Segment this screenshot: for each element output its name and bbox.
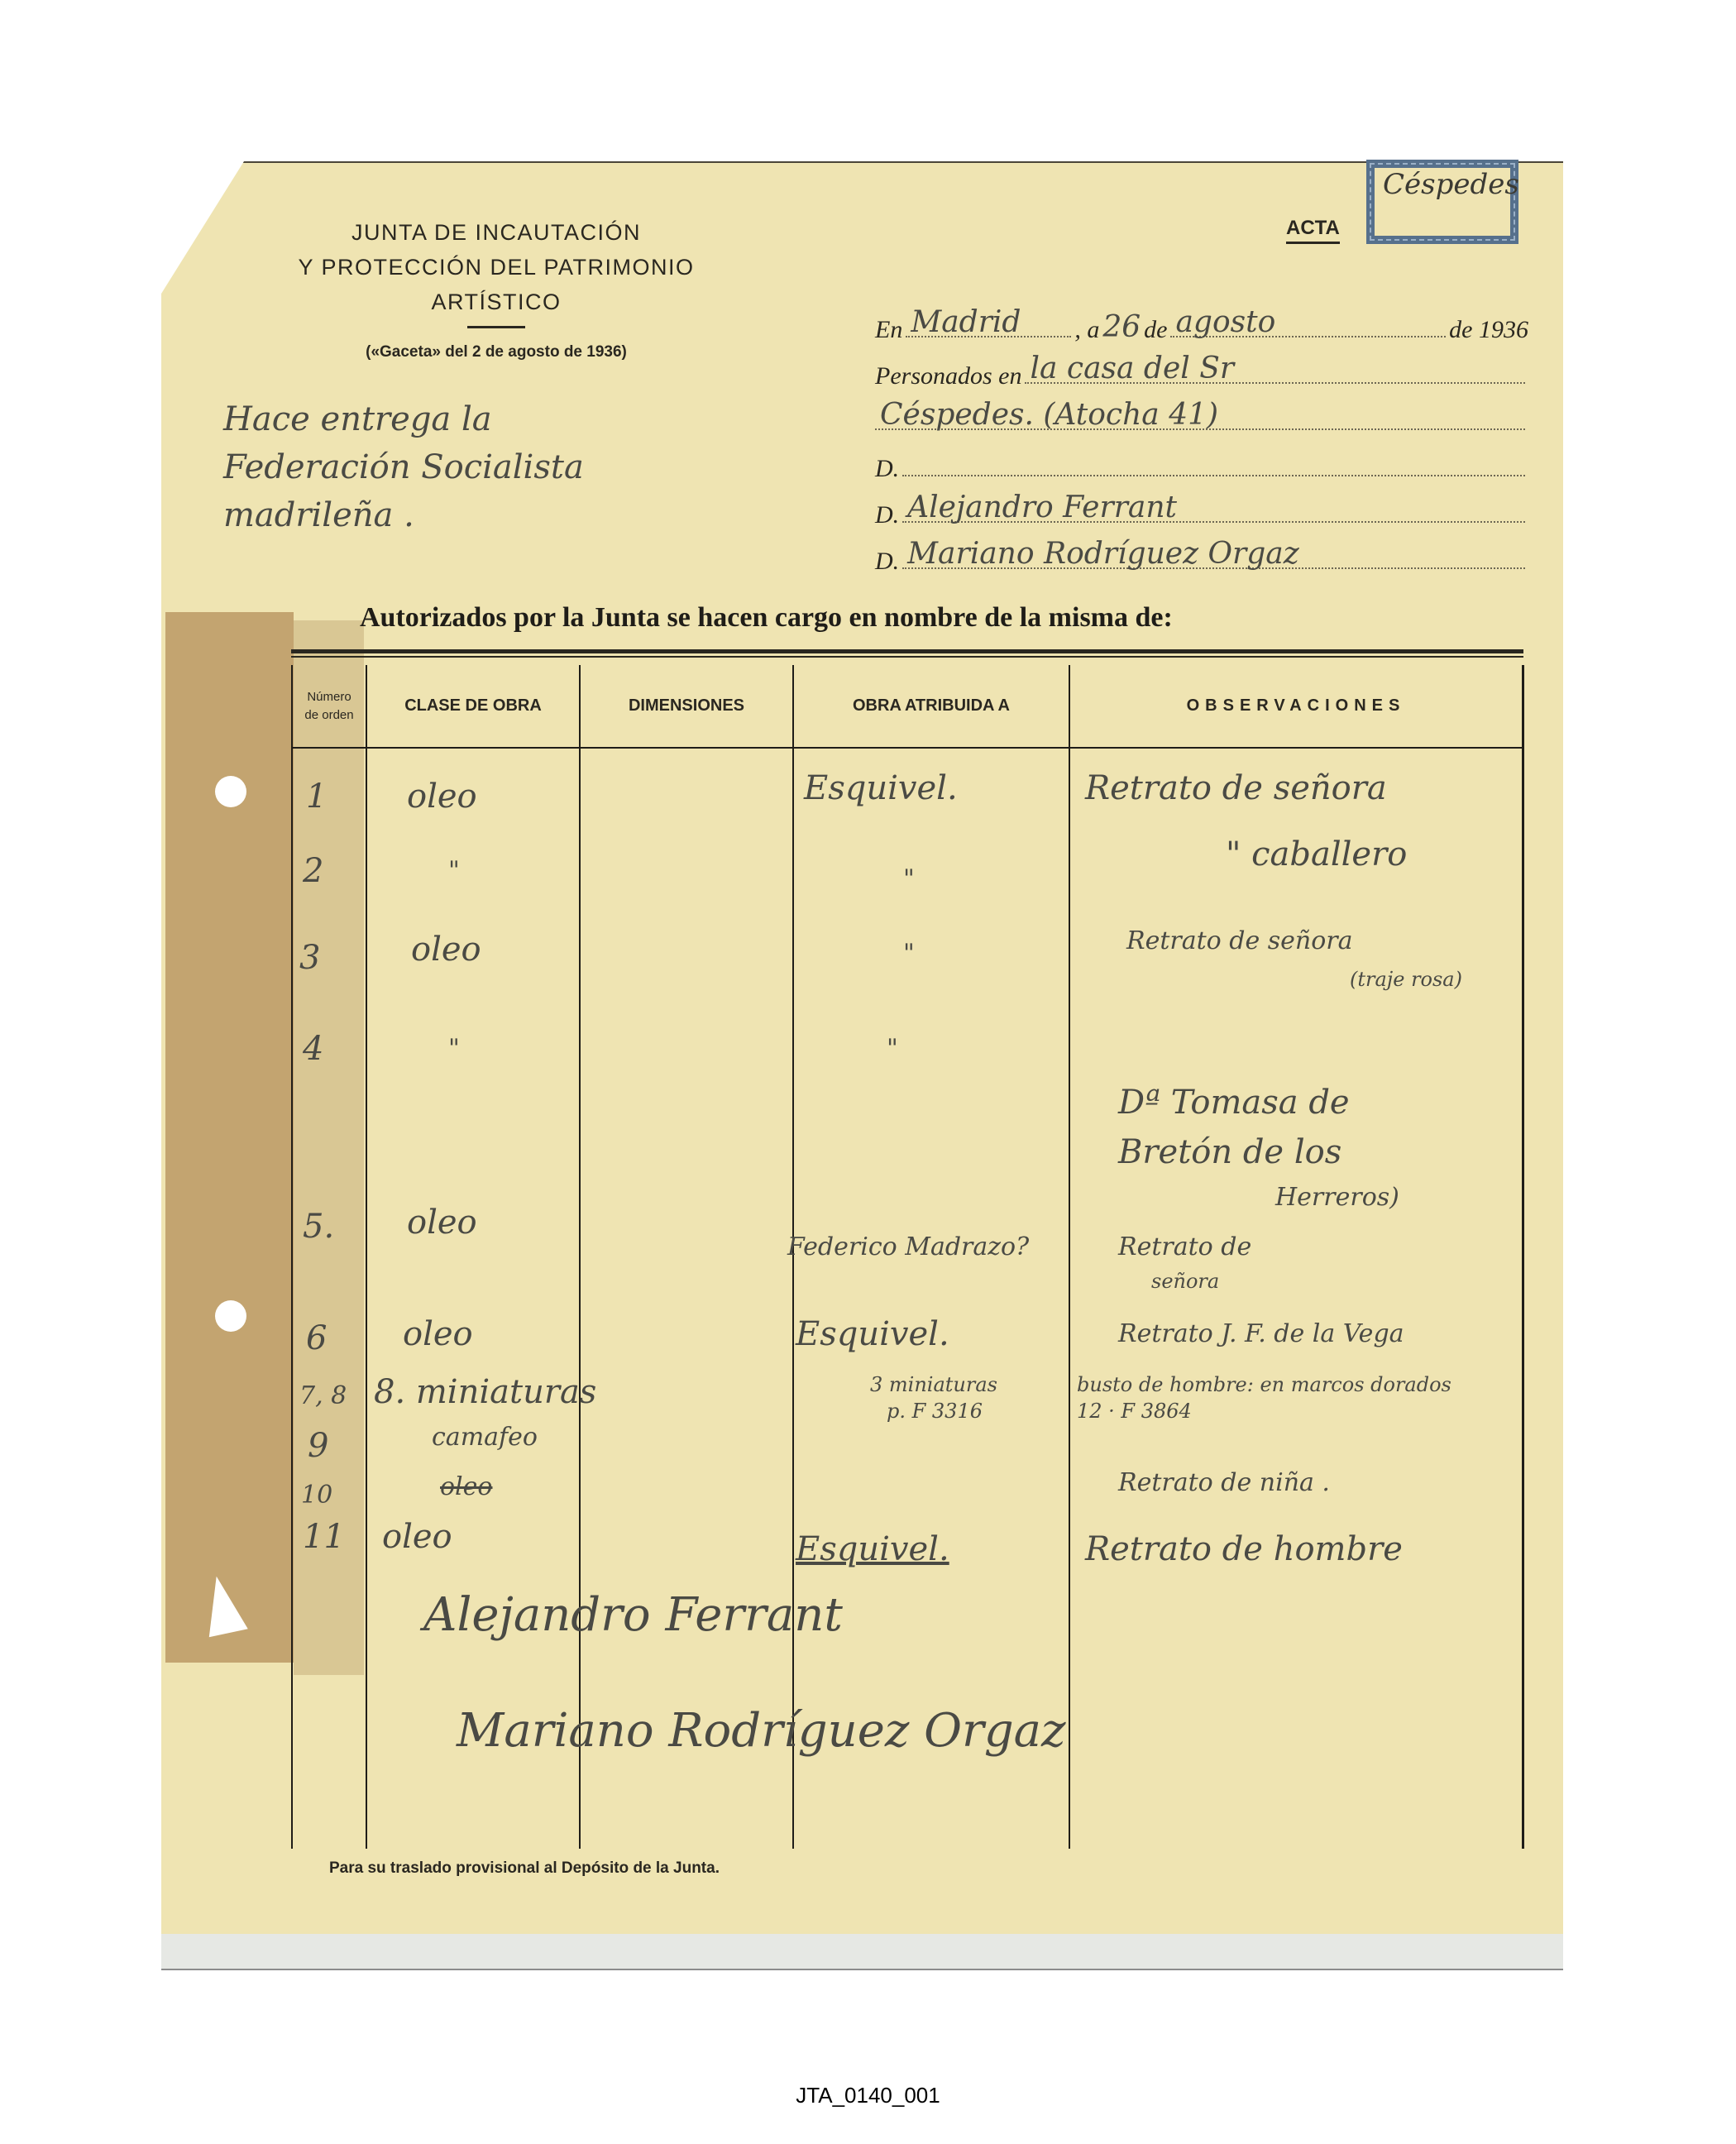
personados-field[interactable]: la casa del Sr [1025, 382, 1525, 384]
row-atribuida: " [903, 939, 915, 968]
image-caption: JTA_0140_001 [0, 2083, 1736, 2108]
personados-row-2: Céspedes. (Atocha 41) [875, 390, 1528, 437]
org-title-line: Y PROTECCIÓN DEL PATRIMONIO [273, 250, 720, 285]
row-clase: oleo [407, 778, 477, 816]
row-atribuida: Federico Madrazo? [787, 1232, 1029, 1261]
row-clase: oleo [403, 1315, 473, 1353]
header-observaciones: OBSERVACIONES [1070, 665, 1522, 747]
row-observaciones: Retrato de hombre [1085, 1530, 1403, 1568]
acta-label: ACTA [1286, 217, 1340, 244]
row-number: 3 [299, 939, 320, 977]
column-divider [579, 665, 581, 1849]
personados-value-2: Céspedes. (Atocha 41) [880, 398, 1218, 432]
de-label: de [1144, 316, 1167, 344]
row-clase: camafeo [432, 1423, 538, 1452]
row-number: 2 [303, 852, 323, 890]
d1-field[interactable] [902, 475, 1525, 476]
row-number: 9 [308, 1427, 328, 1465]
day-value[interactable]: 26 [1102, 310, 1141, 344]
row-observaciones: Retrato de señora [1085, 769, 1387, 807]
personados-field-2[interactable]: Céspedes. (Atocha 41) [875, 428, 1525, 430]
a-label: , a [1074, 316, 1099, 344]
place-field[interactable]: Madrid [906, 336, 1071, 337]
year-label: de 1936 [1449, 316, 1528, 344]
d3-field[interactable]: Mariano Rodríguez Orgaz [902, 567, 1525, 569]
sheet-bottom-edge [161, 1934, 1563, 1970]
header-dimensiones: DIMENSIONES [581, 665, 792, 747]
row-observaciones-2: 12 · F 3864 [1077, 1400, 1192, 1423]
authorization-heading: Autorizados por la Junta se hacen cargo … [360, 602, 1173, 634]
d-label: D. [875, 548, 899, 576]
row-number: 5. [303, 1208, 334, 1246]
row-clase: oleo [382, 1518, 452, 1556]
row-atribuida: " [903, 864, 915, 893]
row-atribuida-2: p. F 3316 [887, 1400, 983, 1423]
d-label: D. [875, 501, 899, 529]
d2-value: Alejandro Ferrant [907, 491, 1177, 524]
org-title-line: ARTÍSTICO [273, 285, 720, 319]
column-divider [1069, 665, 1070, 1849]
signature-alejandro-ferrant: Alejandro Ferrant [423, 1588, 843, 1642]
header-rule [291, 747, 1523, 749]
margin-note-line: Hace entrega la [223, 395, 584, 443]
place-value: Madrid [911, 305, 1021, 339]
column-divider [366, 665, 367, 1849]
inventory-table: Número de orden CLASE DE OBRA DIMENSIONE… [291, 649, 1523, 1849]
gazette-reference: («Gaceta» del 2 de agosto de 1936) [273, 343, 720, 361]
acta-form: En Madrid , a 26 de agosto de 1936 Perso… [875, 298, 1528, 576]
personados-label: Personados en [875, 362, 1021, 390]
row-atribuida: Esquivel. [796, 1315, 949, 1353]
row-observaciones: Retrato de señora [1126, 926, 1353, 955]
row-atribuida: 3 miniaturas [870, 1373, 997, 1396]
row-number: 7, 8 [299, 1381, 347, 1410]
row-observaciones: Dª Tomasa de [1118, 1084, 1350, 1122]
row-number: 1 [306, 778, 327, 816]
stamp-label: Céspedes [1366, 160, 1518, 244]
row-atribuida: " [887, 1034, 898, 1063]
date-row: En Madrid , a 26 de agosto de 1936 [875, 298, 1528, 344]
footer-note: Para su traslado provisional al Depósito… [329, 1859, 720, 1878]
header-clase: CLASE DE OBRA [367, 665, 579, 747]
row-observaciones: busto de hombre: en marcos dorados [1077, 1373, 1451, 1396]
month-field[interactable]: agosto [1170, 336, 1446, 337]
en-label: En [875, 316, 902, 344]
row-clase: oleo [411, 931, 481, 969]
row-observaciones-2: (traje rosa) [1350, 968, 1462, 991]
margin-note-line: Federación Socialista [223, 443, 584, 491]
signature-mariano-rodriguez: Mariano Rodríguez Orgaz [457, 1704, 1066, 1758]
row-observaciones-2: Bretón de los [1118, 1133, 1341, 1171]
personados-row: Personados en la casa del Sr [875, 344, 1528, 390]
stamp-text: Céspedes [1383, 168, 1519, 201]
row-observaciones-3: Herreros) [1275, 1183, 1399, 1212]
header-numero: Número de orden [293, 665, 366, 747]
punch-hole-icon [215, 1300, 246, 1332]
row-clase: oleo [440, 1472, 492, 1501]
header-divider [467, 326, 525, 328]
row-clase: oleo [407, 1204, 477, 1242]
month-value: agosto [1175, 305, 1275, 339]
row-clase: " [448, 1034, 460, 1063]
row-observaciones-2: señora [1151, 1270, 1219, 1293]
row-number: 11 [303, 1518, 345, 1556]
table-border-left [291, 665, 293, 1849]
d3-value: Mariano Rodríguez Orgaz [907, 537, 1299, 571]
row-observaciones: Retrato de [1118, 1232, 1251, 1261]
margin-note: Hace entrega la Federación Socialista ma… [223, 395, 584, 539]
row-observaciones: " caballero [1226, 835, 1407, 873]
row-number: 4 [303, 1030, 323, 1068]
row-observaciones: Retrato de niña . [1118, 1468, 1330, 1497]
header-atribuida: OBRA ATRIBUIDA A [794, 665, 1069, 747]
folded-corner [161, 161, 244, 294]
personados-value: la casa del Sr [1030, 352, 1234, 385]
org-title-line: JUNTA DE INCAUTACIÓN [273, 215, 720, 250]
d2-field[interactable]: Alejandro Ferrant [902, 521, 1525, 523]
d-row-2: D. Alejandro Ferrant [875, 483, 1528, 529]
row-number: 10 [301, 1481, 332, 1510]
row-clase: 8. miniaturas [374, 1373, 596, 1411]
d-row-3: D. Mariano Rodríguez Orgaz [875, 529, 1528, 576]
d-label: D. [875, 455, 899, 483]
row-clase: " [448, 856, 460, 885]
org-header: JUNTA DE INCAUTACIÓN Y PROTECCIÓN DEL PA… [273, 215, 720, 361]
d-row-1: D. [875, 437, 1528, 483]
row-atribuida: Esquivel. [796, 1530, 949, 1568]
punch-hole-icon [215, 776, 246, 807]
row-atribuida: Esquivel. [804, 769, 958, 807]
row-number: 6 [306, 1319, 327, 1357]
margin-note-line: madrileña . [223, 491, 584, 539]
binding-tab-strip [165, 612, 294, 1663]
table-border-right [1522, 665, 1524, 1849]
row-observaciones: Retrato J. F. de la Vega [1118, 1319, 1404, 1348]
